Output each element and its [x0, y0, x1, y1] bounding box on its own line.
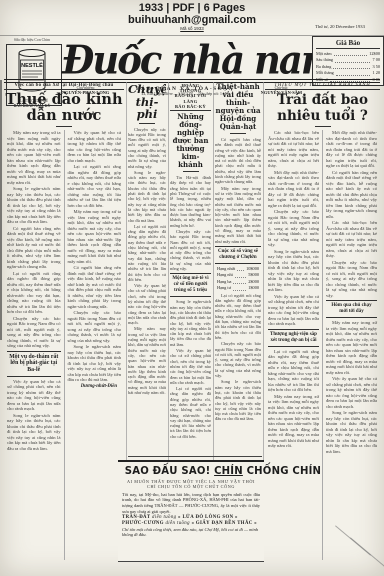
- senate-subhead: Thượng nghị-viện sắp xét trong dự-an bị …: [268, 329, 319, 347]
- arrival-subhead: Hôm qua chủ chạy mới tới đây: [326, 300, 377, 318]
- body-paragraph: Có người bàn rằng nên đánh một thứ thuế …: [7, 226, 61, 270]
- nestle-ad-caption-top: Sữa đặc hiệu Con Chim: [4, 38, 60, 42]
- newspaper-page: 1933 | PDF | 6 Pages buihuuhanh@gmail.co…: [0, 0, 384, 576]
- prize-row: Hạng tư1$000: [217, 285, 259, 291]
- headline-ornament: [230, 133, 246, 134]
- kicker-line: BẢO-ĐẠI VỚI LÀNG: [170, 93, 211, 103]
- headline-ornament: [56, 126, 72, 127]
- body-paragraph: Lại có người nói rằng dân nghèo đã đóng …: [170, 386, 211, 439]
- earth-age-body: Các nhà bác-học bên Âu-châu cãi nhau đã …: [265, 130, 380, 560]
- article-signature: Dương-nhứt-Điền: [68, 384, 122, 389]
- gossip-title-line2: thị-phi: [128, 96, 166, 121]
- theatre-ad-box: SAO ĐẤU SAO! CHÍN CHỐNG CHÍN AI MUỐN THẤ…: [118, 460, 264, 562]
- earth-age-headline: Trái đất bao nhiêu tuổi ?: [265, 92, 380, 124]
- gossip-title: Chuyện thị-phi: [128, 83, 166, 121]
- body-paragraph: Việc ấy quan hệ cho cả xứ chẳng phải chơ…: [170, 348, 211, 385]
- earth-age-col2: Mới đây một nhà thiên-văn đại-danh có tí…: [322, 130, 380, 560]
- theatre-ad-subtitle: AI MUỐN THẤY ĐƯỢC MỘT VIỆC LẠ NHƯ VẬY TH…: [122, 479, 260, 490]
- body-paragraph: Song le ngân-sách năm nay hãy còn thiếu …: [268, 249, 319, 293]
- kicker-line: BÁO BẮC-KỲ: [170, 104, 211, 109]
- prize-label: Hạng tư: [217, 285, 231, 291]
- troupe-name: TRẦN-ĐẤT: [122, 515, 150, 520]
- column-gossip: Chuyện thị-phi Chuyện nầy các báo ngoài …: [128, 82, 166, 456]
- body-paragraph: Việc ấy quan hệ cho cả xứ chẳng phải chơ…: [268, 294, 319, 327]
- article-canal-tax-body: Mấy năm nay trong xứ ta việc làm ruộng m…: [4, 130, 124, 560]
- body-paragraph: Song le ngân-sách năm nay hãy còn thiếu …: [128, 170, 166, 223]
- line-connector: diễn tuồng: [166, 521, 190, 526]
- body-paragraph: Việc ấy quan hệ cho cả xứ chẳng phải chơ…: [68, 130, 122, 163]
- bao-dai-kicker: HOÀNG THƯỢNG BẢO-ĐẠI VỚI LÀNG BÁO BẮC-KỲ: [170, 82, 211, 111]
- earth-age-col1: Các nhà bác-học bên Âu-châu cãi nhau đã …: [265, 130, 322, 560]
- scan-banner-line1: 1933 | PDF | 6 Pages: [0, 2, 384, 14]
- body-paragraph: Chuyện nầy các báo ngoài Bắc trong Nam đ…: [128, 127, 166, 169]
- headline-ornament: [315, 126, 331, 127]
- price-box-title: Giá Báo: [316, 39, 380, 49]
- body-paragraph: Song le ngân-sách năm nay hãy còn thiếu …: [170, 299, 211, 347]
- theatre-ad-paragraph: Tối nay, tại Mỹ-tho, hai ban hát lớn, tr…: [122, 492, 260, 514]
- body-paragraph: Có người bàn rằng nên đánh một thứ thuế …: [326, 170, 377, 220]
- body-paragraph: Chuyện nầy các báo ngoài Bắc trong Nam đ…: [7, 316, 61, 349]
- body-paragraph: Chuyện nầy các báo ngoài Bắc trong Nam đ…: [268, 209, 319, 248]
- play-title: « GIẤY ĐẠN BỀN THẮC »: [192, 521, 258, 526]
- body-paragraph: Mấy năm nay trong xứ ta việc làm ruộng m…: [68, 209, 122, 264]
- article-council-petitions: Thiệt-hành vài điều thỉnh-nguyện của Hội…: [215, 82, 261, 456]
- body-paragraph: Có người bàn rằng nên đánh một thứ thuế …: [68, 265, 122, 309]
- spy-case-subhead: Một vụ do-thám rất lớn bị phát-giác tại …: [7, 351, 61, 377]
- body-paragraph: Lại có người nói rằng dân nghèo đã đóng …: [128, 224, 166, 282]
- body-paragraph: Song le ngân-sách năm nay hãy còn thiếu …: [68, 344, 122, 383]
- theatre-ad-footer: Chí tốn một chút công thiệt, xem đâu nào…: [122, 527, 260, 537]
- body-paragraph: Song le ngân-sách năm nay hãy còn thiếu …: [7, 186, 61, 225]
- body-paragraph: Việc ấy quan hệ cho cả xứ chẳng phải chơ…: [326, 376, 377, 409]
- gossip-title-line1: Chuyện: [128, 83, 166, 96]
- body-paragraph: Mấy năm nay trong xứ ta việc làm ruộng m…: [7, 130, 61, 185]
- prize-table: Hạng nhứt10$000 Hạng nhì5$000 Hạng ba2$0…: [217, 266, 259, 292]
- article-canal-tax-col1: Mấy năm nay trong xứ ta việc làm ruộng m…: [4, 130, 64, 560]
- body-paragraph: Mấy năm nay trong xứ ta việc làm ruộng m…: [326, 320, 377, 375]
- article-bao-dai-press: HOÀNG THƯỢNG BẢO-ĐẠI VỚI LÀNG BÁO BẮC-KỲ…: [170, 82, 211, 456]
- kicker-line: HOÀNG THƯỢNG: [170, 83, 211, 93]
- body-paragraph: Lại có người nói rằng dân nghèo đã đóng …: [7, 271, 61, 315]
- body-paragraph: Việc ấy quan hệ cho cả xứ chẳng phải chơ…: [7, 379, 61, 412]
- body-paragraph: Lại có người nói rằng dân nghèo đã đóng …: [68, 164, 122, 208]
- bao-dai-headline: Những đồng-nghiệp được ban thưởng kim-kh…: [170, 113, 211, 169]
- earth-age-kicker: THIẾU MỘT THỨ GIẤY KHAI SANH: [265, 82, 380, 90]
- article-canal-tax-kicker: Việc cần bổ của Xứ tại Đại-Hội-Đồng châu: [4, 82, 124, 90]
- body-paragraph: Chuyện nầy các báo ngoài Bắc trong Nam đ…: [215, 341, 261, 378]
- body-paragraph: Mấy năm nay trong xứ ta việc làm ruộng m…: [215, 186, 261, 244]
- body-paragraph: Các nhà bác-học bên Âu-châu cãi nhau đã …: [268, 130, 319, 169]
- body-paragraph: Mới đây một nhà thiên-văn đại-danh có tí…: [326, 130, 377, 169]
- body-paragraph: Song le ngân-sách năm nay hãy còn thiếu …: [7, 413, 61, 452]
- council-headline: Thiệt-hành vài điều thỉnh-nguyện của Hội…: [215, 83, 261, 131]
- article-canal-tax-headline: Thuế đào kinh dẫn nước: [4, 92, 124, 124]
- body-paragraph: Mấy năm nay trong xứ ta việc làm ruộng m…: [128, 326, 166, 395]
- title-part-underlined: CHÍN: [214, 465, 243, 477]
- theatre-ad-title: SAO ĐẤU SAO! CHÍN CHỐNG CHÍN: [125, 465, 257, 477]
- body-paragraph: Song le ngân-sách năm nay hãy còn thiếu …: [215, 379, 261, 421]
- svg-text:NESTLÉ: NESTLÉ: [21, 61, 43, 69]
- body-paragraph: Tin Hà-nội đánh dây thép vô cho hay rằng…: [170, 175, 211, 228]
- body-paragraph: Song le ngân-sách năm nay hãy còn thiếu …: [326, 410, 377, 454]
- mid-rule: [128, 456, 262, 457]
- theatre-ad-line2: PHƯỚC-CƯƠNG diễn tuồng « GIẤY ĐẠN BỀN TH…: [122, 521, 260, 526]
- title-part: SAO ĐẤU SAO!: [125, 465, 214, 477]
- scan-edge-shadow: [0, 80, 2, 340]
- body-paragraph: Chuyện nầy các báo ngoài Bắc trong Nam đ…: [326, 260, 377, 299]
- article-canal-tax-col2: Việc ấy quan hệ cho cả xứ chẳng phải chơ…: [64, 130, 125, 560]
- body-paragraph: Lại có người nói rằng dân nghèo đã đóng …: [268, 349, 319, 393]
- body-paragraph: Các nhà bác-học bên Âu-châu cãi nhau đã …: [326, 220, 377, 259]
- line-connector: diễn tuồng: [152, 515, 176, 520]
- issue-date: Thứ tư, 20 Décembre 1933: [300, 24, 380, 29]
- body-paragraph: Chuyện nầy các báo ngoài Bắc trong Nam đ…: [170, 229, 211, 271]
- body-paragraph: Mấy năm nay trong xứ ta việc làm ruộng m…: [268, 394, 319, 449]
- article-canal-tax: Việc cần bổ của Xứ tại Đại-Hội-Đồng châu…: [4, 82, 124, 560]
- headline-ornament: [139, 123, 155, 124]
- prize-value: 1$000: [248, 285, 259, 291]
- lottery-winner-subhead: Một ông mê-tê vì cớ số tiền người trúng …: [170, 273, 211, 297]
- body-paragraph: Mới đây một nhà thiên-văn đại-danh có tí…: [268, 170, 319, 209]
- troupe-name: PHƯỚC-CƯƠNG: [122, 521, 164, 526]
- title-part: CHỐNG CHÍN: [243, 465, 321, 477]
- subtitle-line: CHỈ CHỊU TỐN CÓ MỘT CHÚT CÔNG: [122, 484, 260, 489]
- headline-ornament: [183, 171, 199, 172]
- article-earth-age: THIẾU MỘT THỨ GIẤY KHAI SANH Trái đất ba…: [265, 82, 380, 560]
- newspaper-title: Đuốc nhà nam,: [62, 37, 302, 83]
- body-paragraph: Chuyện nầy các báo ngoài Bắc trong Nam đ…: [68, 310, 122, 343]
- body-paragraph: Có người bàn rằng nên đánh một thứ thuế …: [215, 137, 261, 185]
- gold-lottery-subhead: Cuộc xổ số vàng sẽ chương ở Chợlớn: [215, 246, 261, 264]
- theatre-ad-line1: TRẦN-ĐẤT diễn tuồng « LỬA ĐỎ LÒNG SON »: [122, 515, 260, 520]
- body-paragraph: Việc ấy quan hệ cho cả xứ chẳng phải chơ…: [128, 283, 166, 325]
- play-title: « LỬA ĐỎ LÒNG SON »: [178, 515, 238, 520]
- body-paragraph: Lại có người nói rằng dân nghèo đã đóng …: [215, 293, 261, 341]
